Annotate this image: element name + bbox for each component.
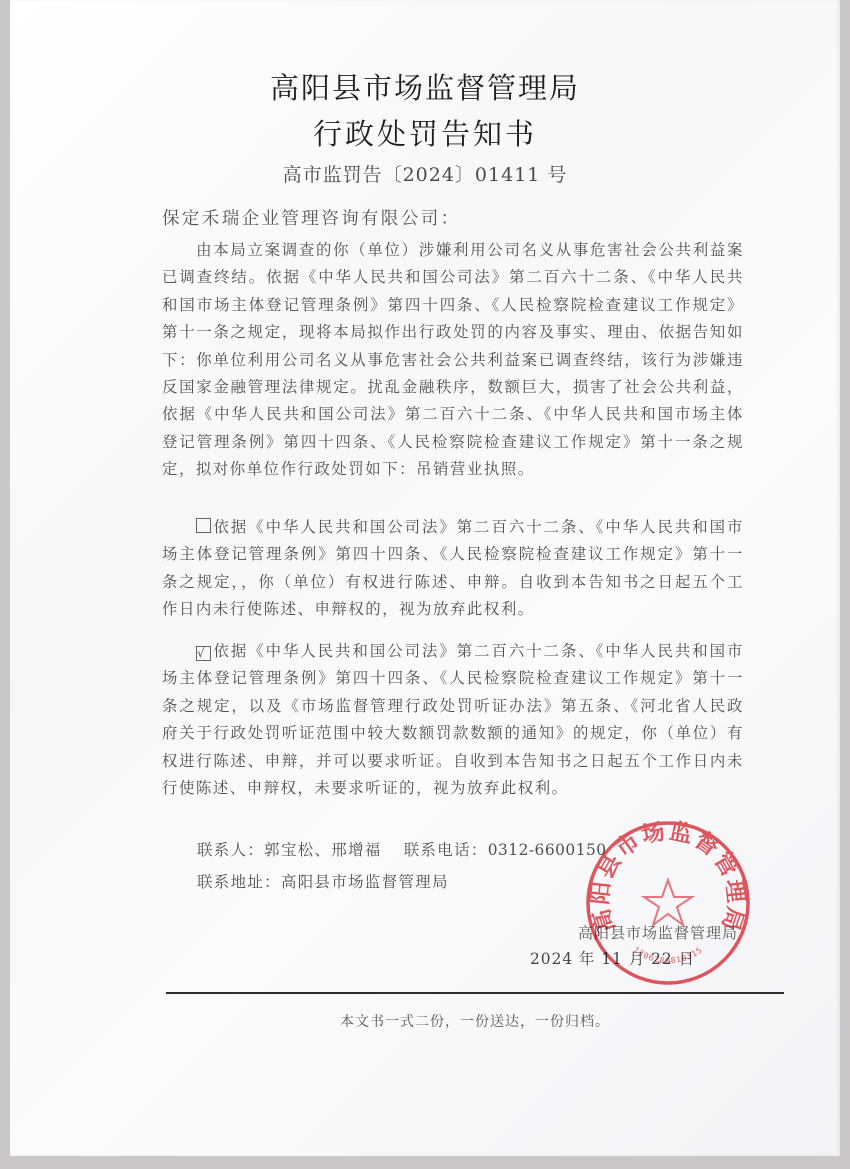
paragraph-option-statement-text: 依据《中华人民共和国公司法》第二百六十二条、《中华人民共和国市场主体登记管理条例… [162,518,744,618]
recipient: 保定禾瑞企业管理咨询有限公司： [162,205,461,230]
contact-address: 高阳县市场监督管理局 [281,873,449,891]
footer-note: 本文书一式二份，一份送达，一份归档。 [0,1011,850,1031]
checkbox-checked-icon[interactable]: √ [196,646,211,661]
contact-address-label: 联系地址： [197,873,281,891]
issuer-heading: 高阳县市场监督管理局 [0,66,850,107]
paragraph-facts-text: 由本局立案调查的你（单位）涉嫌利用公司名义从事危害社会公共利益案已调查终结。依据… [162,241,744,478]
svg-text:高阳县市场监督管理局: 高阳县市场监督管理局 [587,818,749,936]
svg-text:1306280810315: 1306280810315 [632,945,705,965]
footer-divider [166,992,784,994]
contact-persons: 郭宝松、邢增福 [264,841,382,859]
document-number: 高市监罚告〔2024〕01411 号 [0,160,850,187]
paragraph-option-hearing-text: 依据《中华人民共和国公司法》第二百六十二条、《中华人民共和国市场主体登记管理条例… [162,642,744,797]
contact-persons-line: 联系人：郭宝松、邢增福联系电话：0312-6600150 [197,838,607,860]
contact-phone-label: 联系电话： [404,841,488,859]
paragraph-option-hearing: √依据《中华人民共和国公司法》第二百六十二条、《中华人民共和国市场主体登记管理条… [162,638,744,802]
paragraph-option-statement: 依据《中华人民共和国公司法》第二百六十二条、《中华人民共和国市场主体登记管理条例… [162,514,744,624]
document-title: 行政处罚告知书 [0,112,850,153]
contact-address-line: 联系地址：高阳县市场监督管理局 [197,870,449,892]
paragraph-facts: 由本局立案调查的你（单位）涉嫌利用公司名义从事危害社会公共利益案已调查终结。依据… [162,237,744,484]
contact-persons-label: 联系人： [197,841,264,859]
official-seal-stamp-icon: 高阳县市场监督管理局 1306280810315 [583,818,753,988]
checkbox-unchecked-icon[interactable] [196,518,211,533]
